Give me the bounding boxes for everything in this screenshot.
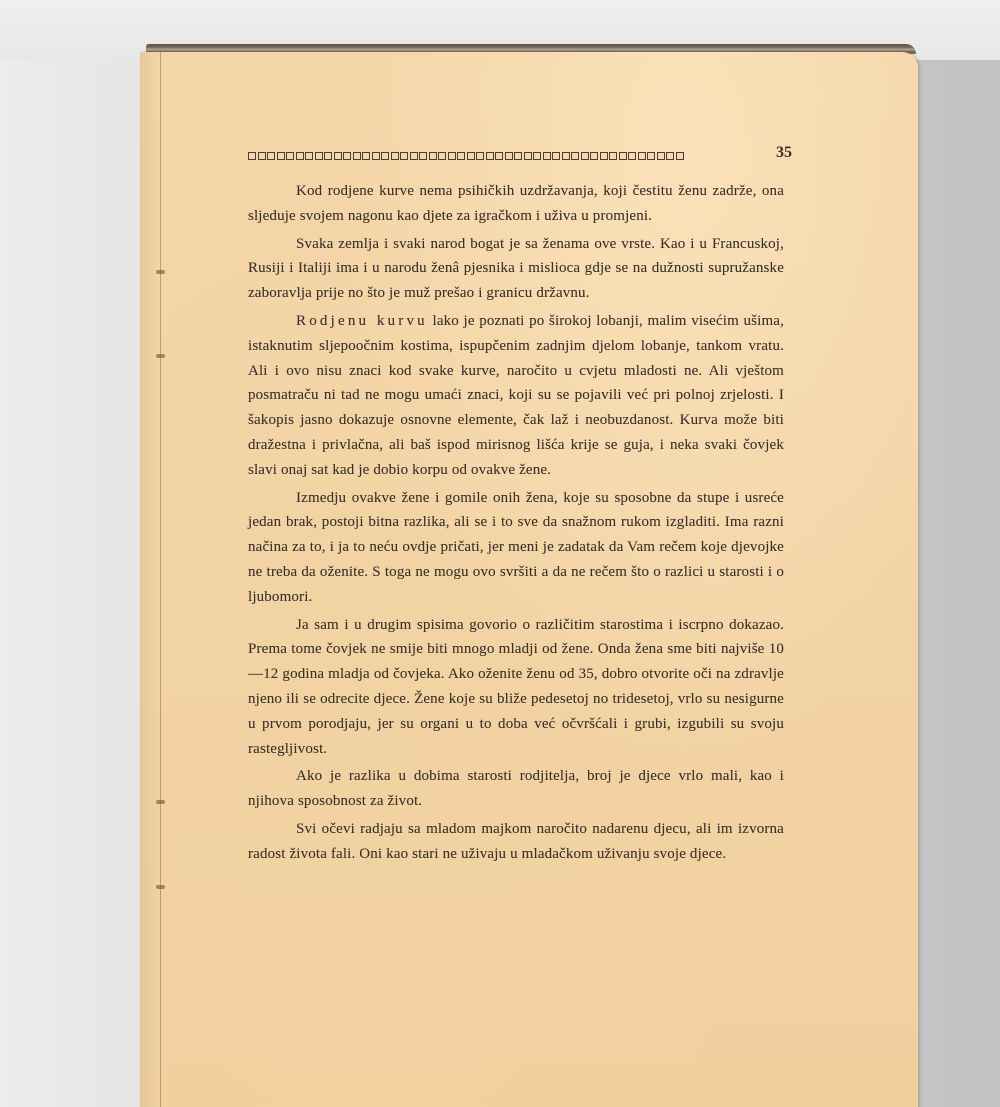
ornament-square — [438, 152, 446, 160]
ornament-square — [590, 152, 598, 160]
ornament-square — [619, 152, 627, 160]
ornament-square — [381, 152, 389, 160]
stitch-mark — [156, 800, 165, 804]
paragraph: Svaka zemlja i svaki narod bogat je sa ž… — [248, 232, 784, 306]
ornament-square — [419, 152, 427, 160]
ornament-square — [533, 152, 541, 160]
ornament-square — [628, 152, 636, 160]
paragraph: Kod rodjene kurve nema psihičkih uzdržav… — [248, 179, 784, 229]
ornament-square — [286, 152, 294, 160]
paragraph: Izmedju ovakve žene i gomile onih žena, … — [248, 486, 784, 610]
ornament-square — [657, 152, 665, 160]
ornament-square — [267, 152, 275, 160]
ornament-square — [391, 152, 399, 160]
ornament-square — [562, 152, 570, 160]
paragraph: Ja sam i u drugim spisima govorio o razl… — [248, 613, 784, 762]
paragraph: Rodjenu kurvu lako je poznati po širokoj… — [248, 309, 784, 483]
ornament-square — [315, 152, 323, 160]
ornament-square — [429, 152, 437, 160]
ornament-square — [353, 152, 361, 160]
ornament-square — [258, 152, 266, 160]
body-text: Kod rodjene kurve nema psihičkih uzdržav… — [248, 179, 784, 870]
ornament-square — [448, 152, 456, 160]
page-number: 35 — [776, 144, 792, 162]
stitch-mark — [156, 354, 165, 358]
gutter-shade — [140, 52, 160, 1107]
ornament-square — [372, 152, 380, 160]
ornament-square — [638, 152, 646, 160]
ornament-square — [467, 152, 475, 160]
ornament-square — [476, 152, 484, 160]
ornament-square — [305, 152, 313, 160]
ornament-square — [410, 152, 418, 160]
ornament-square — [543, 152, 551, 160]
ornament-square — [505, 152, 513, 160]
ornament-square — [514, 152, 522, 160]
stitch-mark — [156, 885, 165, 889]
paragraph-text: lako je poznati po širokoj lobanji, mali… — [248, 313, 784, 478]
ornament-square — [666, 152, 674, 160]
ornament-square — [248, 152, 256, 160]
ornament-square — [277, 152, 285, 160]
ornament-square — [400, 152, 408, 160]
ornament-square — [334, 152, 342, 160]
ornament-square — [676, 152, 684, 160]
ornament-square — [581, 152, 589, 160]
ornament-square — [324, 152, 332, 160]
ornament-square — [571, 152, 579, 160]
running-head — [248, 146, 808, 166]
ornament-square — [296, 152, 304, 160]
book-page: 35 Kod rodjene kurve nema psihičkih uzdr… — [140, 52, 918, 1107]
ornament-square — [524, 152, 532, 160]
ornament-square — [647, 152, 655, 160]
paragraph: Ako je razlika u dobima starosti rodjite… — [248, 764, 784, 814]
paragraph: Svi očevi radjaju sa mladom majkom naroč… — [248, 817, 784, 867]
ornament-square — [600, 152, 608, 160]
ornament-square — [552, 152, 560, 160]
binding-line — [160, 52, 161, 1107]
ornament-square — [495, 152, 503, 160]
ornament-square — [457, 152, 465, 160]
ornament-square — [343, 152, 351, 160]
decorative-border-ornament — [248, 151, 684, 161]
ornament-square — [362, 152, 370, 160]
stitch-mark — [156, 270, 165, 274]
ornament-square — [609, 152, 617, 160]
ornament-square — [486, 152, 494, 160]
emphasized-phrase: Rodjenu kurvu — [296, 313, 428, 329]
